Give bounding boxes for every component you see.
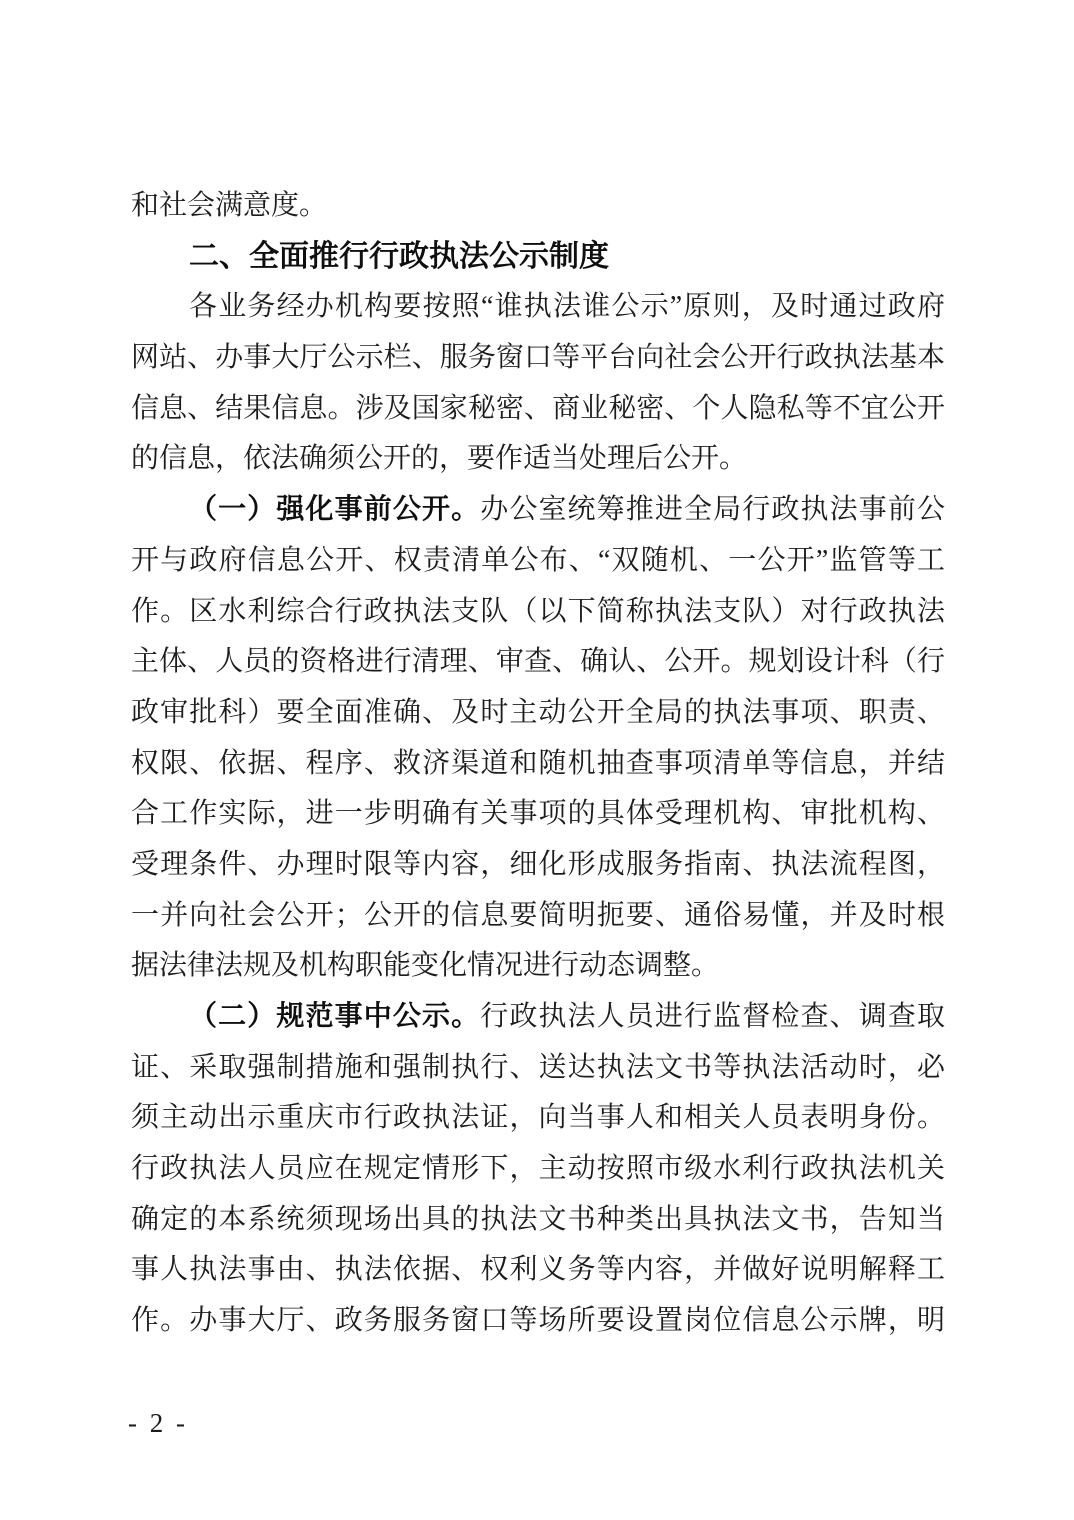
- body-text: 开与政府信息公开、权责清单公布、“双随机、一公开”监管等工: [131, 545, 945, 576]
- text-line: 信息、结果信息。涉及国家秘密、商业秘密、个人隐私等不宜公开: [131, 384, 945, 435]
- text-line: 一并向社会公开；公开的信息要简明扼要、通俗易懂，并及时根: [131, 891, 945, 942]
- text-line: 各业务经办机构要按照“谁执法谁公示”原则，及时通过政府: [131, 282, 945, 333]
- body-text: 须主动出示重庆市行政执法证，向当事人和相关人员表明身份。: [131, 1102, 945, 1133]
- text-line: 事人执法事由、执法依据、权利义务等内容，并做好说明解释工: [131, 1245, 945, 1296]
- body-text: 信息、结果信息。涉及国家秘密、商业秘密、个人隐私等不宜公开: [131, 393, 945, 424]
- text-line: 作。区水利综合行政执法支队（以下简称执法支队）对行政执法: [131, 587, 945, 638]
- text-line: （二）规范事中公示。行政执法人员进行监督检查、调查取: [131, 992, 945, 1043]
- body-text: 权限、依据、程序、救济渠道和随机抽查事项清单等信息，并结: [131, 748, 945, 779]
- emphasis-text: （一）强化事前公开。: [189, 494, 480, 525]
- body-text: 各业务经办机构要按照“谁执法谁公示”原则，及时通过政府: [189, 291, 945, 322]
- emphasis-text: 二、全面推行行政执法公示制度: [189, 240, 609, 273]
- text-line: 行政执法人员应在规定情形下，主动按照市级水利行政执法机关: [131, 1144, 945, 1195]
- body-text: 作。区水利综合行政执法支队（以下简称执法支队）对行政执法: [131, 596, 945, 627]
- text-line: 据法律法规及机构职能变化情况进行动态调整。: [131, 941, 945, 992]
- text-line: 权限、依据、程序、救济渠道和随机抽查事项清单等信息，并结: [131, 739, 945, 790]
- body-text: 主体、人员的资格进行清理、审查、确认、公开。规划设计科（行: [131, 646, 945, 677]
- body-text: 行政执法人员应在规定情形下，主动按照市级水利行政执法机关: [131, 1153, 945, 1184]
- text-line: 的信息，依法确须公开的，要作适当处理后公开。: [131, 434, 945, 485]
- body-text: 网站、办事大厅公示栏、服务窗口等平台向社会公开行政执法基本: [131, 342, 945, 373]
- document-page: 和社会满意度。二、全面推行行政执法公示制度各业务经办机构要按照“谁执法谁公示”原…: [0, 0, 1074, 1520]
- body-text: 和社会满意度。: [131, 190, 327, 221]
- text-line: 须主动出示重庆市行政执法证，向当事人和相关人员表明身份。: [131, 1093, 945, 1144]
- body-text: 的信息，依法确须公开的，要作适当处理后公开。: [131, 443, 747, 474]
- text-line: 开与政府信息公开、权责清单公布、“双随机、一公开”监管等工: [131, 536, 945, 587]
- body-text: 作。办事大厅、政务服务窗口等场所要设置岗位信息公示牌，明: [131, 1305, 945, 1336]
- section-heading: 二、全面推行行政执法公示制度: [131, 232, 945, 283]
- text-line: 政审批科）要全面准确、及时主动公开全局的执法事项、职责、: [131, 688, 945, 739]
- text-line: 合工作实际，进一步明确有关事项的具体受理机构、审批机构、: [131, 789, 945, 840]
- body-text: 一并向社会公开；公开的信息要简明扼要、通俗易懂，并及时根: [131, 900, 945, 931]
- body-text: 办公室统筹推进全局行政执法事前公: [480, 494, 945, 525]
- body-text: 确定的本系统须现场出具的执法文书种类出具执法文书，告知当: [131, 1204, 945, 1235]
- text-line: 网站、办事大厅公示栏、服务窗口等平台向社会公开行政执法基本: [131, 333, 945, 384]
- text-line: （一）强化事前公开。办公室统筹推进全局行政执法事前公: [131, 485, 945, 536]
- body-text: 事人执法事由、执法依据、权利义务等内容，并做好说明解释工: [131, 1254, 945, 1285]
- body-text: 政审批科）要全面准确、及时主动公开全局的执法事项、职责、: [131, 697, 945, 728]
- text-line: 受理条件、办理时限等内容，细化形成服务指南、执法流程图，: [131, 840, 945, 891]
- emphasis-text: （二）规范事中公示。: [189, 1001, 480, 1032]
- body-text: 行政执法人员进行监督检查、调查取: [480, 1001, 945, 1032]
- body-text: 合工作实际，进一步明确有关事项的具体受理机构、审批机构、: [131, 798, 945, 829]
- text-line: 确定的本系统须现场出具的执法文书种类出具执法文书，告知当: [131, 1195, 945, 1246]
- page-number: - 2 -: [128, 1403, 188, 1443]
- text-line: 主体、人员的资格进行清理、审查、确认、公开。规划设计科（行: [131, 637, 945, 688]
- text-block: 和社会满意度。二、全面推行行政执法公示制度各业务经办机构要按照“谁执法谁公示”原…: [131, 181, 945, 1347]
- text-line: 作。办事大厅、政务服务窗口等场所要设置岗位信息公示牌，明: [131, 1296, 945, 1347]
- text-line: 证、采取强制措施和强制执行、送达执法文书等执法活动时，必: [131, 1043, 945, 1094]
- body-text: 据法律法规及机构职能变化情况进行动态调整。: [131, 950, 719, 981]
- text-line: 和社会满意度。: [131, 181, 945, 232]
- body-text: 证、采取强制措施和强制执行、送达执法文书等执法活动时，必: [131, 1052, 945, 1083]
- body-text: 受理条件、办理时限等内容，细化形成服务指南、执法流程图，: [131, 849, 945, 880]
